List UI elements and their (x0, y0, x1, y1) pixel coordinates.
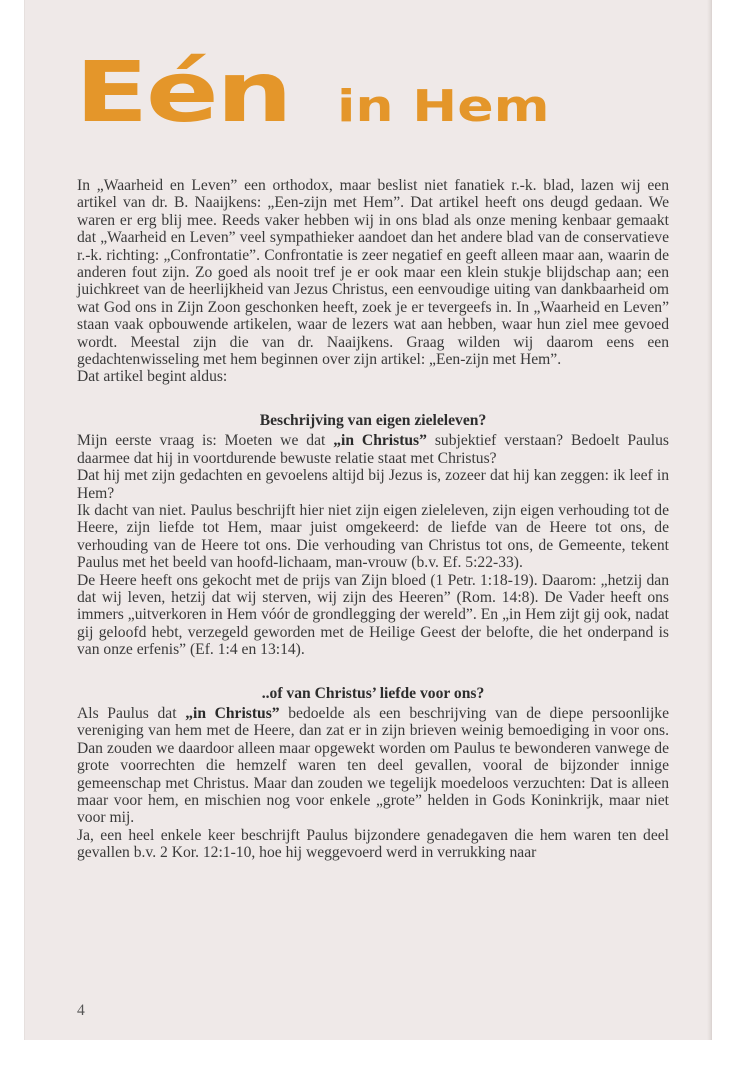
section-1-paragraph-1: Mijn eerste vraag is: Moeten we dat „in … (77, 432, 669, 467)
text: Mijn eerste vraag is: Moeten we dat (77, 432, 333, 449)
article-body: In „Waarheid en Leven” een orthodox, maa… (77, 177, 669, 862)
intro-paragraph-2: Dat artikel begint aldus: (77, 368, 669, 385)
title-sub: in Hem (337, 85, 550, 129)
section-1-paragraph-4: De Heere heeft ons gekocht met de prijs … (77, 572, 669, 659)
section-1-paragraph-3: Ik dacht van niet. Paulus beschrijft hie… (77, 502, 669, 572)
text: Als Paulus dat (77, 705, 185, 722)
section-1-paragraph-2: Dat hij met zijn gedachten en gevoelens … (77, 467, 669, 502)
page-number: 4 (77, 1002, 85, 1020)
intro-paragraph: In „Waarheid en Leven” een orthodox, maa… (77, 177, 669, 368)
text: bedoelde als een beschrijving van de die… (77, 705, 669, 826)
bold-phrase: „in Christus” (185, 705, 279, 722)
section-2-paragraph-1: Als Paulus dat „in Christus” bedoelde al… (77, 705, 669, 827)
section-heading-1: Beschrijving van eigen zieleleven? (77, 412, 669, 429)
title-main: Eén (75, 50, 290, 134)
section-2-paragraph-2: Ja, een heel enkele keer beschrijft Paul… (77, 827, 669, 862)
article-title: Eénin Hem (75, 50, 511, 134)
magazine-page: Eénin Hem In „Waarheid en Leven” een ort… (25, 0, 711, 1040)
section-heading-2: ..of van Christus’ liefde voor ons? (77, 685, 669, 702)
bold-phrase: „in Christus” (333, 432, 427, 449)
